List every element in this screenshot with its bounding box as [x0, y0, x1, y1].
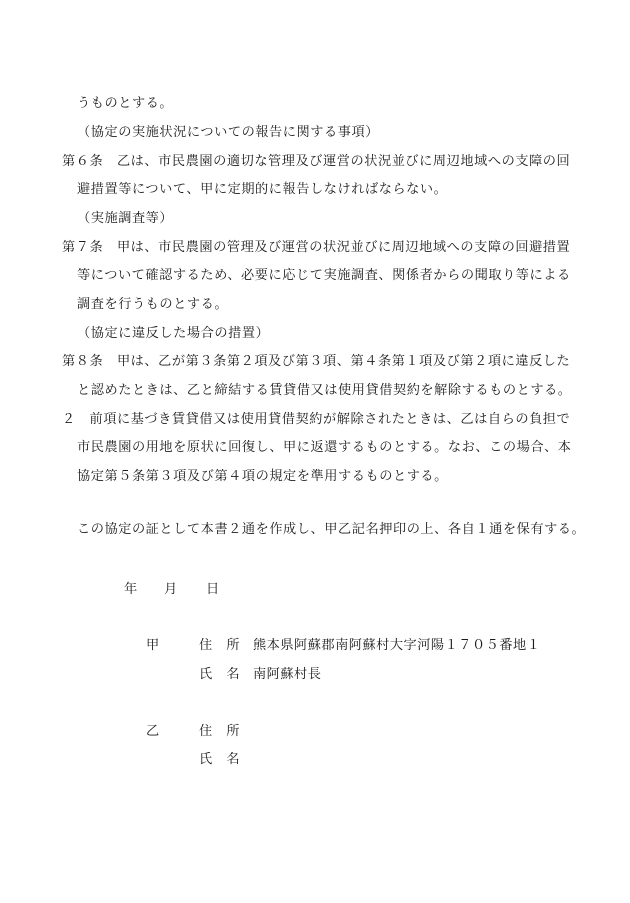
party-b-label: 乙: [146, 724, 159, 740]
date-month: 月: [164, 582, 177, 598]
document-line: 避措置等について、甲に定期的に報告しなければならない。: [77, 182, 447, 198]
party-a-address: 熊本県阿蘇郡南阿蘇村大字河陽１７０５番地１: [253, 638, 540, 654]
document-line: 等について確認するため、必要に応じて実施調査、関係者からの聞取り等による: [77, 268, 571, 284]
document-line: 第６条 乙は、市民農園の適切な管理及び運営の状況並びに周辺地域への支障の回: [62, 154, 570, 170]
document-line: ２ 前項に基づき賃貸借又は使用貸借契約が解除されたときは、乙は自らの負担で: [62, 412, 570, 428]
party-b-address-label: 住 所: [199, 724, 240, 740]
date-day: 日: [206, 582, 219, 598]
document-line: と認めたときは、乙と締結する賃貸借又は使用貸借契約を解除するものとする。: [77, 383, 572, 399]
document-line: 第８条 甲は、乙が第３条第２項及び第３項、第４条第１項及び第２項に違反した: [62, 354, 570, 370]
document-line: （実施調査等）: [77, 211, 173, 227]
document-line: うものとする。: [77, 96, 173, 112]
party-a-name: 南阿蘇村長: [253, 667, 321, 683]
document-line: （協定の実施状況についての報告に関する事項）: [77, 125, 379, 141]
document-line: （協定に違反した場合の措置）: [77, 326, 269, 342]
party-b-name-label: 氏 名: [199, 752, 240, 768]
document-line: 市民農園の用地を原状に回復し、甲に返還するものとする。なお、この場合、本: [77, 440, 572, 456]
document-line: 協定第５条第３項及び第４項の規定を準用するものとする。: [77, 469, 448, 485]
party-a-address-label: 住 所: [199, 638, 240, 654]
document-line: 調査を行うものとする。: [77, 297, 228, 313]
party-a-name-label: 氏 名: [199, 667, 240, 683]
date-year: 年: [124, 582, 137, 598]
document-line: この協定の証として本書２通を作成し、甲乙記名押印の上、各自１通を保有する。: [77, 522, 585, 538]
document-line: 第７条 甲は、市民農園の管理及び運営の状況並びに周辺地域への支障の回避措置: [62, 240, 570, 256]
party-a-label: 甲: [146, 638, 159, 654]
